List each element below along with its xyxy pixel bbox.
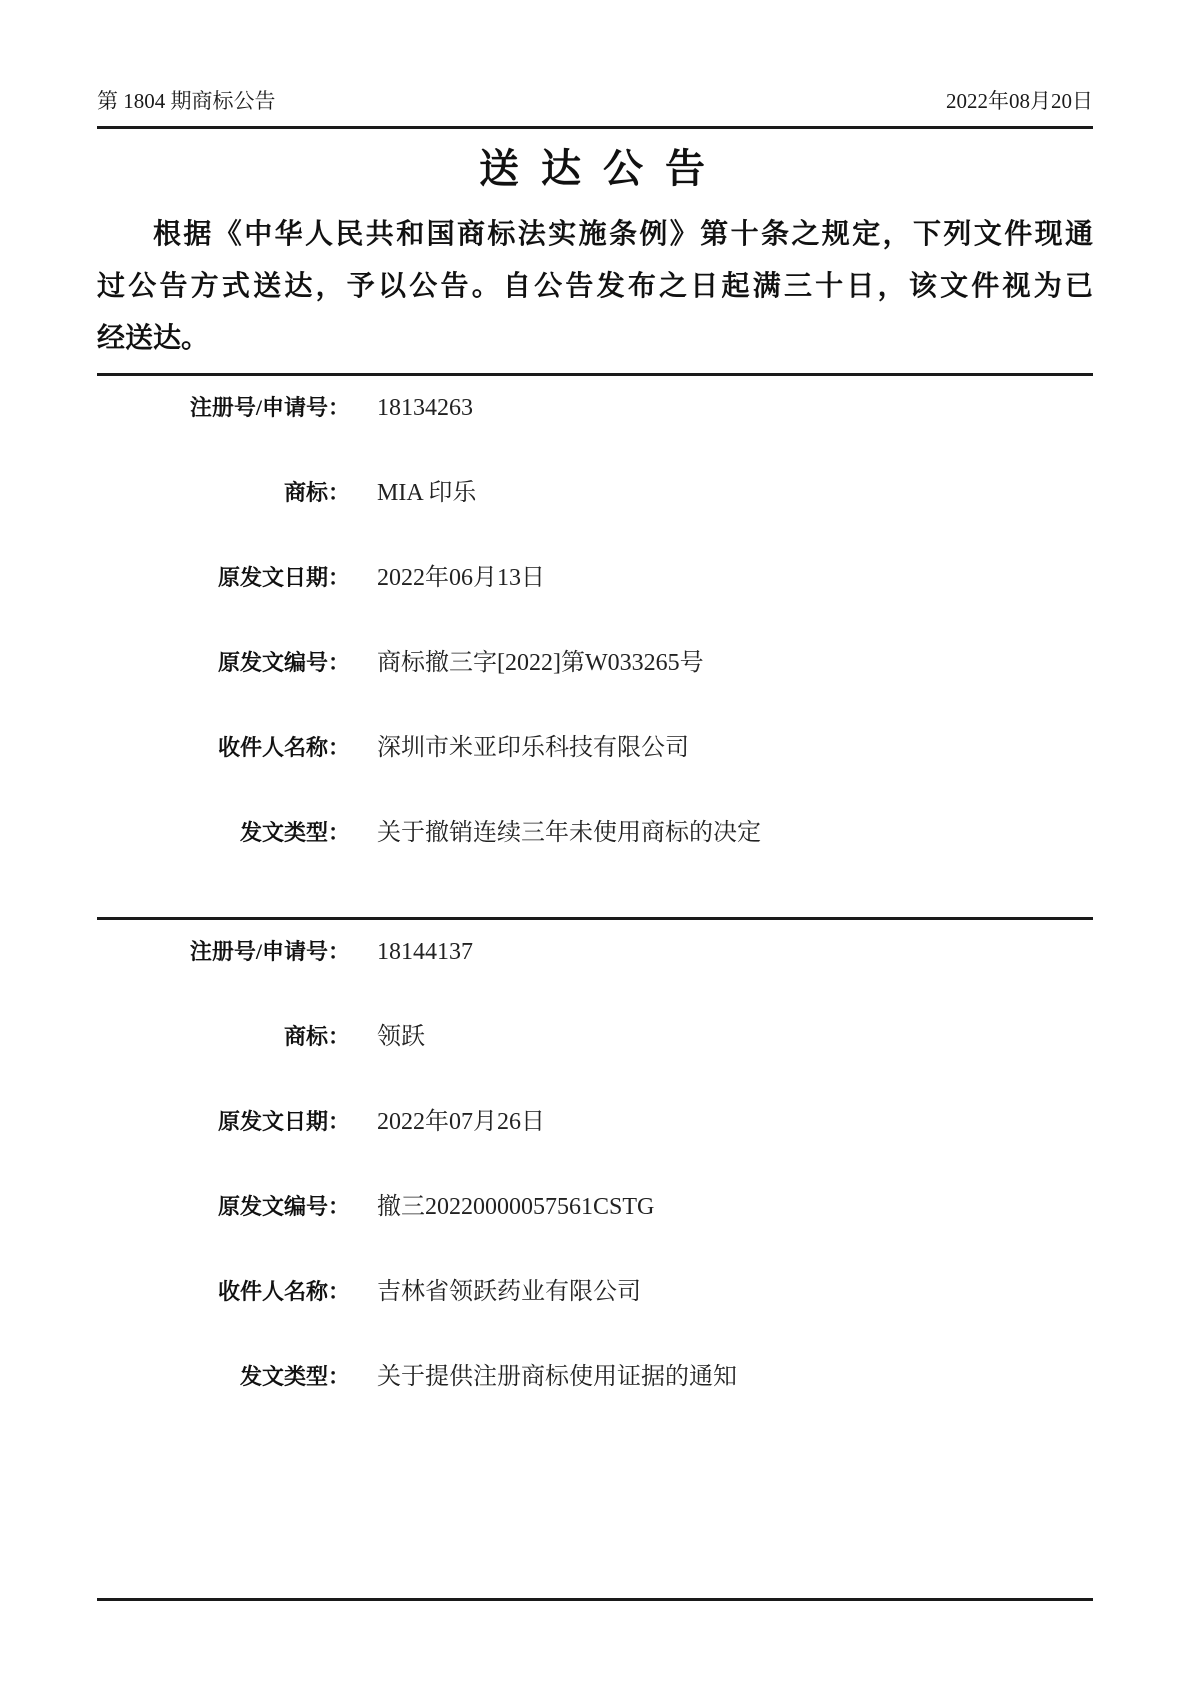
field-label: 收件人名称： bbox=[97, 732, 350, 764]
record-1: 注册号/申请号： 18134263 商标： MIA 印乐 原发文日期： 2022… bbox=[97, 376, 1093, 909]
record-2: 注册号/申请号： 18144137 商标： 领跃 原发文日期： 2022年07月… bbox=[97, 920, 1093, 1393]
field-row-document-type: 发文类型： 关于提供注册商标使用证据的通知 bbox=[97, 1361, 1093, 1393]
field-row-document-type: 发文类型： 关于撤销连续三年未使用商标的决定 bbox=[97, 817, 1093, 849]
field-value: 关于提供注册商标使用证据的通知 bbox=[377, 1361, 737, 1393]
field-label: 原发文编号： bbox=[97, 647, 350, 679]
gazette-page: 第 1804 期商标公告 2022年08月20日 送 达 公 告 根据《中华人民… bbox=[0, 0, 1190, 1684]
field-label: 商标： bbox=[97, 1021, 350, 1053]
field-value: 18134263 bbox=[377, 392, 473, 424]
field-value: 关于撤销连续三年未使用商标的决定 bbox=[377, 817, 761, 849]
intro-line: 过公告方式送达，予以公告。自公告发布之日起满三十日，该文件视为已 bbox=[97, 261, 1093, 313]
field-row-trademark: 商标： 领跃 bbox=[97, 1021, 1093, 1053]
field-label: 原发文日期： bbox=[97, 562, 350, 594]
field-row-original-document-number: 原发文编号： 撤三20220000057561CSTG bbox=[97, 1191, 1093, 1223]
field-value: 深圳市米亚印乐科技有限公司 bbox=[377, 732, 689, 764]
field-value: 领跃 bbox=[377, 1021, 425, 1053]
gazette-issue-label: 第 1804 期商标公告 bbox=[97, 88, 276, 114]
field-label: 原发文日期： bbox=[97, 1106, 350, 1138]
field-row-original-document-number: 原发文编号： 商标撤三字[2022]第W033265号 bbox=[97, 647, 1093, 679]
gazette-date: 2022年08月20日 bbox=[946, 88, 1093, 114]
field-row-registration-number: 注册号/申请号： 18144137 bbox=[97, 936, 1093, 968]
field-value: 2022年07月26日 bbox=[377, 1106, 545, 1138]
intro-line: 经送达。 bbox=[97, 313, 1093, 365]
field-row-trademark: 商标： MIA 印乐 bbox=[97, 477, 1093, 509]
field-value: 吉林省领跃药业有限公司 bbox=[377, 1276, 641, 1308]
field-label: 注册号/申请号： bbox=[97, 936, 350, 968]
field-label: 发文类型： bbox=[97, 1361, 350, 1393]
field-label: 原发文编号： bbox=[97, 1191, 350, 1223]
page-header: 第 1804 期商标公告 2022年08月20日 bbox=[97, 88, 1093, 114]
field-value: 撤三20220000057561CSTG bbox=[377, 1191, 654, 1223]
field-value: 商标撤三字[2022]第W033265号 bbox=[377, 647, 704, 679]
field-row-recipient-name: 收件人名称： 吉林省领跃药业有限公司 bbox=[97, 1276, 1093, 1308]
field-label: 注册号/申请号： bbox=[97, 392, 350, 424]
field-label: 商标： bbox=[97, 477, 350, 509]
field-label: 收件人名称： bbox=[97, 1276, 350, 1308]
field-row-registration-number: 注册号/申请号： 18134263 bbox=[97, 392, 1093, 424]
field-row-original-issue-date: 原发文日期： 2022年07月26日 bbox=[97, 1106, 1093, 1138]
field-label: 发文类型： bbox=[97, 817, 350, 849]
page-content: 第 1804 期商标公告 2022年08月20日 送 达 公 告 根据《中华人民… bbox=[97, 0, 1093, 1601]
field-value: 18144137 bbox=[377, 936, 473, 968]
page-title: 送 达 公 告 bbox=[97, 145, 1093, 193]
field-row-recipient-name: 收件人名称： 深圳市米亚印乐科技有限公司 bbox=[97, 732, 1093, 764]
page-bottom-rule bbox=[97, 1598, 1093, 1601]
field-row-original-issue-date: 原发文日期： 2022年06月13日 bbox=[97, 562, 1093, 594]
field-value: MIA 印乐 bbox=[377, 477, 476, 509]
intro-paragraph: 根据《中华人民共和国商标法实施条例》第十条之规定，下列文件现通 过公告方式送达，… bbox=[97, 209, 1093, 365]
intro-line: 根据《中华人民共和国商标法实施条例》第十条之规定，下列文件现通 bbox=[97, 209, 1093, 261]
field-value: 2022年06月13日 bbox=[377, 562, 545, 594]
header-rule bbox=[97, 126, 1093, 129]
